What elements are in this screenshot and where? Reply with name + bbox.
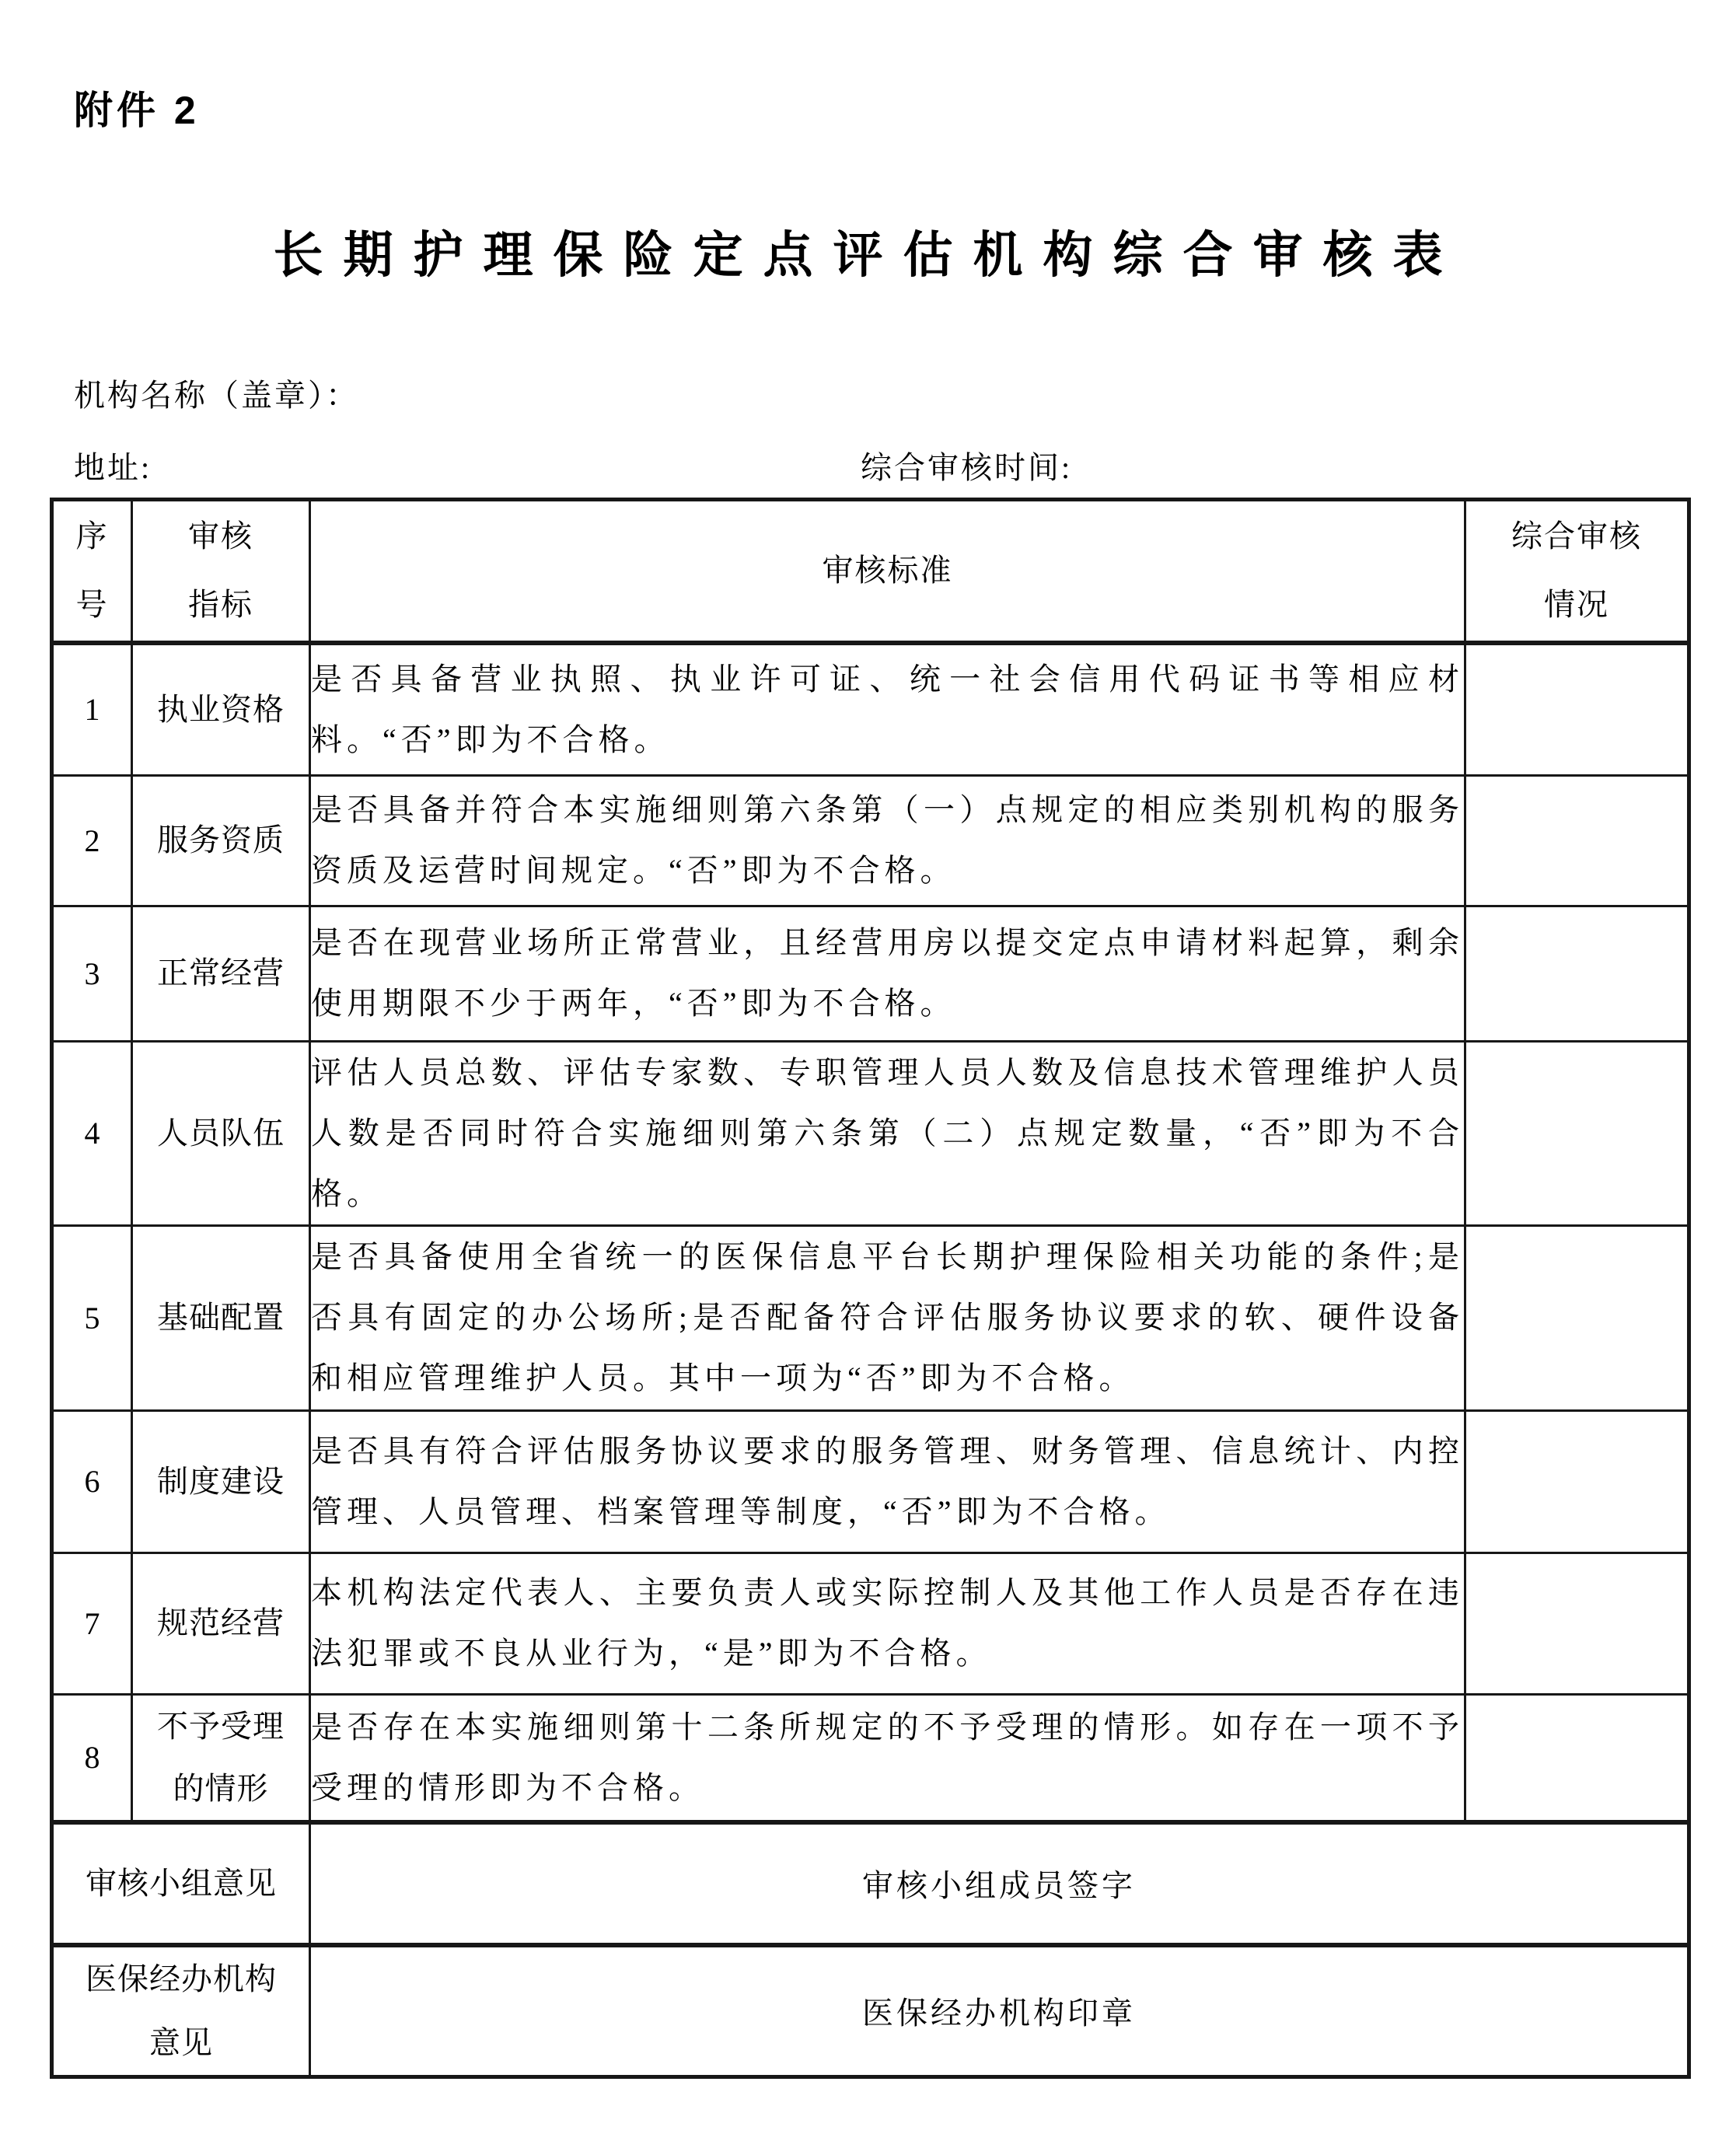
standard-cell: 本机构法定代表人、主要负责人或实际控制人及其他工作人员是否存在违法犯罪或不良从业… bbox=[310, 1552, 1465, 1694]
indicator-cell: 执业资格 bbox=[132, 643, 310, 775]
document-page: { "page": { "attachment_label": "附件 2", … bbox=[0, 0, 1736, 2134]
table-row: 6 制度建设 是否具有符合评估服务协议要求的服务管理、财务管理、信息统计、内控管… bbox=[52, 1410, 1689, 1552]
result-cell bbox=[1465, 1041, 1689, 1225]
table-row: 8 不予受理 的情形 是否存在本实施细则第十二条所规定的不予受理的情形。如存在一… bbox=[52, 1694, 1689, 1822]
result-cell bbox=[1465, 643, 1689, 775]
review-table: 序 号 审核 指标 审核标准 综合审核 情况 1 执业资格 是否具备营业执照、执… bbox=[50, 498, 1691, 2079]
table-row: 1 执业资格 是否具备营业执照、执业许可证、统一社会信用代码证书等相应材料。“否… bbox=[52, 643, 1689, 775]
table-row: 7 规范经营 本机构法定代表人、主要负责人或实际控制人及其他工作人员是否存在违法… bbox=[52, 1552, 1689, 1694]
standard-cell: 是否具备并符合本实施细则第六条第（一）点规定的相应类别机构的服务资质及运营时间规… bbox=[310, 775, 1465, 906]
seq-cell: 6 bbox=[52, 1410, 132, 1552]
standard-cell: 是否具有符合评估服务协议要求的服务管理、财务管理、信息统计、内控管理、人员管理、… bbox=[310, 1410, 1465, 1552]
meta-row: 地址: 综合审核时间: bbox=[74, 449, 1736, 488]
seq-cell: 7 bbox=[52, 1552, 132, 1694]
table-row: 2 服务资质 是否具备并符合本实施细则第六条第（一）点规定的相应类别机构的服务资… bbox=[52, 775, 1689, 906]
result-header-cell: 综合审核 情况 bbox=[1465, 499, 1689, 643]
standard-cell: 是否存在本实施细则第十二条所规定的不予受理的情形。如存在一项不予受理的情形即为不… bbox=[310, 1694, 1465, 1822]
footer-content-cell: 医保经办机构印章 bbox=[310, 1945, 1689, 2077]
org-name-label: 机构名称（盖章）： bbox=[74, 375, 1736, 417]
seq-header-cell: 序 号 bbox=[52, 499, 132, 643]
indicator-cell: 基础配置 bbox=[132, 1225, 310, 1410]
result-cell bbox=[1465, 1225, 1689, 1410]
indicator-header-cell: 审核 指标 bbox=[132, 499, 310, 643]
indicator-cell: 人员队伍 bbox=[132, 1041, 310, 1225]
footer-label-cell: 审核小组意见 bbox=[52, 1822, 310, 1945]
table-row: 5 基础配置 是否具备使用全省统一的医保信息平台长期护理保险相关功能的条件;是否… bbox=[52, 1225, 1689, 1410]
result-cell bbox=[1465, 1552, 1689, 1694]
result-cell bbox=[1465, 775, 1689, 906]
seq-cell: 2 bbox=[52, 775, 132, 906]
standard-cell: 是否在现营业场所正常营业，且经营用房以提交定点申请材料起算，剩余使用期限不少于两… bbox=[310, 906, 1465, 1041]
seq-cell: 5 bbox=[52, 1225, 132, 1410]
footer-label-cell: 医保经办机构 意见 bbox=[52, 1945, 310, 2077]
indicator-cell: 正常经营 bbox=[132, 906, 310, 1041]
result-cell bbox=[1465, 1694, 1689, 1822]
table-row: 4 人员队伍 评估人员总数、评估专家数、专职管理人员人数及信息技术管理维护人员人… bbox=[52, 1041, 1689, 1225]
indicator-cell: 规范经营 bbox=[132, 1552, 310, 1694]
standard-header-cell: 审核标准 bbox=[310, 499, 1465, 643]
footer-row: 医保经办机构 意见 医保经办机构印章 bbox=[52, 1945, 1689, 2077]
standard-cell: 是否具备营业执照、执业许可证、统一社会信用代码证书等相应材料。“否”即为不合格。 bbox=[310, 643, 1465, 775]
standard-cell: 评估人员总数、评估专家数、专职管理人员人数及信息技术管理维护人员人数是否同时符合… bbox=[310, 1041, 1465, 1225]
result-cell bbox=[1465, 906, 1689, 1041]
review-time-label: 综合审核时间: bbox=[861, 449, 1072, 487]
footer-row: 审核小组意见 审核小组成员签字 bbox=[52, 1822, 1689, 1945]
page-title: 长期护理保险定点评估机构综合审核表 bbox=[0, 221, 1736, 291]
seq-cell: 1 bbox=[52, 643, 132, 775]
indicator-cell: 服务资质 bbox=[132, 775, 310, 906]
attachment-label: 附件 2 bbox=[74, 87, 1736, 134]
standard-cell: 是否具备使用全省统一的医保信息平台长期护理保险相关功能的条件;是否具有固定的办公… bbox=[310, 1225, 1465, 1410]
indicator-cell: 制度建设 bbox=[132, 1410, 310, 1552]
seq-cell: 3 bbox=[52, 906, 132, 1041]
address-label: 地址: bbox=[74, 450, 152, 485]
table-row: 3 正常经营 是否在现营业场所正常营业，且经营用房以提交定点申请材料起算，剩余使… bbox=[52, 906, 1689, 1041]
seq-cell: 8 bbox=[52, 1694, 132, 1822]
result-cell bbox=[1465, 1410, 1689, 1552]
header-row: 序 号 审核 指标 审核标准 综合审核 情况 bbox=[52, 499, 1689, 643]
seq-cell: 4 bbox=[52, 1041, 132, 1225]
footer-content-cell: 审核小组成员签字 bbox=[310, 1822, 1689, 1945]
indicator-cell: 不予受理 的情形 bbox=[132, 1694, 310, 1822]
